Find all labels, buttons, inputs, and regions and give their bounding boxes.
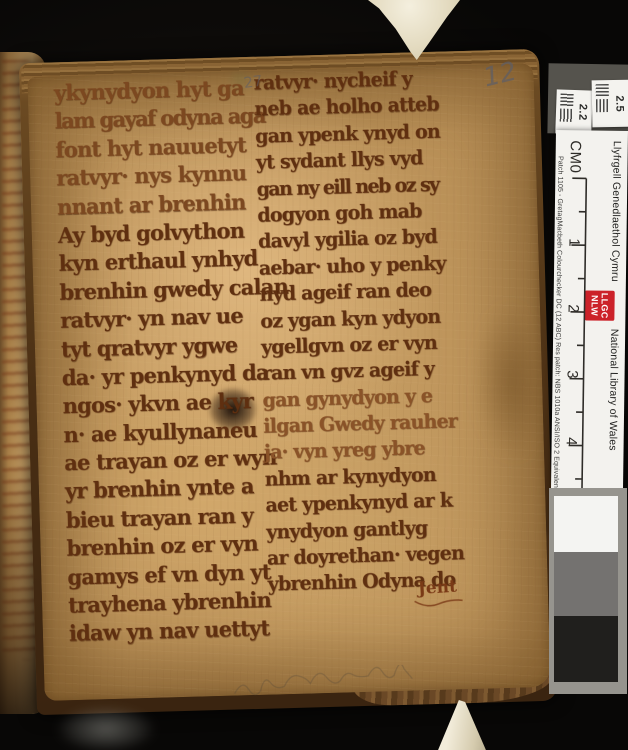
folio-pencil-number: 27 <box>242 72 263 92</box>
logo-text-line2: NLW <box>589 295 599 316</box>
ruler-number: CM0 <box>566 140 583 173</box>
ruler-number: 4 <box>563 437 580 446</box>
bone-weight-bottom <box>436 700 488 750</box>
ruler-number: 3 <box>564 370 581 379</box>
resolution-patch-2-2: 2.2 <box>555 89 593 134</box>
manuscript-right-column: ratvyr· nycheif yneb ae holho attebgan y… <box>253 65 482 599</box>
grating-horizontal <box>560 94 573 107</box>
institution-name-english: National Library of Wales <box>607 329 621 451</box>
grayscale-step-gray <box>554 552 618 616</box>
resolution-patch-label: 2.2 <box>576 104 589 121</box>
manuscript-page: ykynydyon hyt galam gayaf odyna agafont … <box>27 63 550 701</box>
photo-stage: ykynydyon hyt galam gayaf odyna agafont … <box>0 0 628 750</box>
grayscale-step-black <box>554 616 618 682</box>
llgc-nlw-logo: LLGC NLW <box>584 290 614 320</box>
institution-name-welsh: Llyfrgell Genedlaethol Cymru <box>609 141 623 282</box>
catchword: Jent <box>417 577 457 599</box>
resolution-patch-label: 2.5 <box>613 95 625 112</box>
grating-vertical <box>560 109 573 122</box>
out-of-focus-weight <box>56 706 156 750</box>
grayscale-step-white <box>554 496 618 552</box>
grating-vertical <box>596 99 609 112</box>
resolution-patch-2-5: 2.5 <box>592 80 628 128</box>
faint-inscription <box>230 664 447 704</box>
grating-horizontal <box>596 84 609 97</box>
manuscript-left-column: ykynydyon hyt galam gayaf odyna agafont … <box>53 73 271 648</box>
manuscript-book: ykynydyon hyt galam gayaf odyna agafont … <box>19 49 557 715</box>
logo-text-line1: LLGC <box>599 293 609 319</box>
grayscale-target <box>549 488 627 694</box>
ruler-scale-card: Llyfrgell Genedlaethol Cymru LLGC NLW Na… <box>550 130 628 535</box>
ruler-number: 1 <box>565 238 582 247</box>
ruler-number: 2 <box>564 304 581 313</box>
manuscript-text-line: idaw yn nav uettyt <box>69 614 272 648</box>
